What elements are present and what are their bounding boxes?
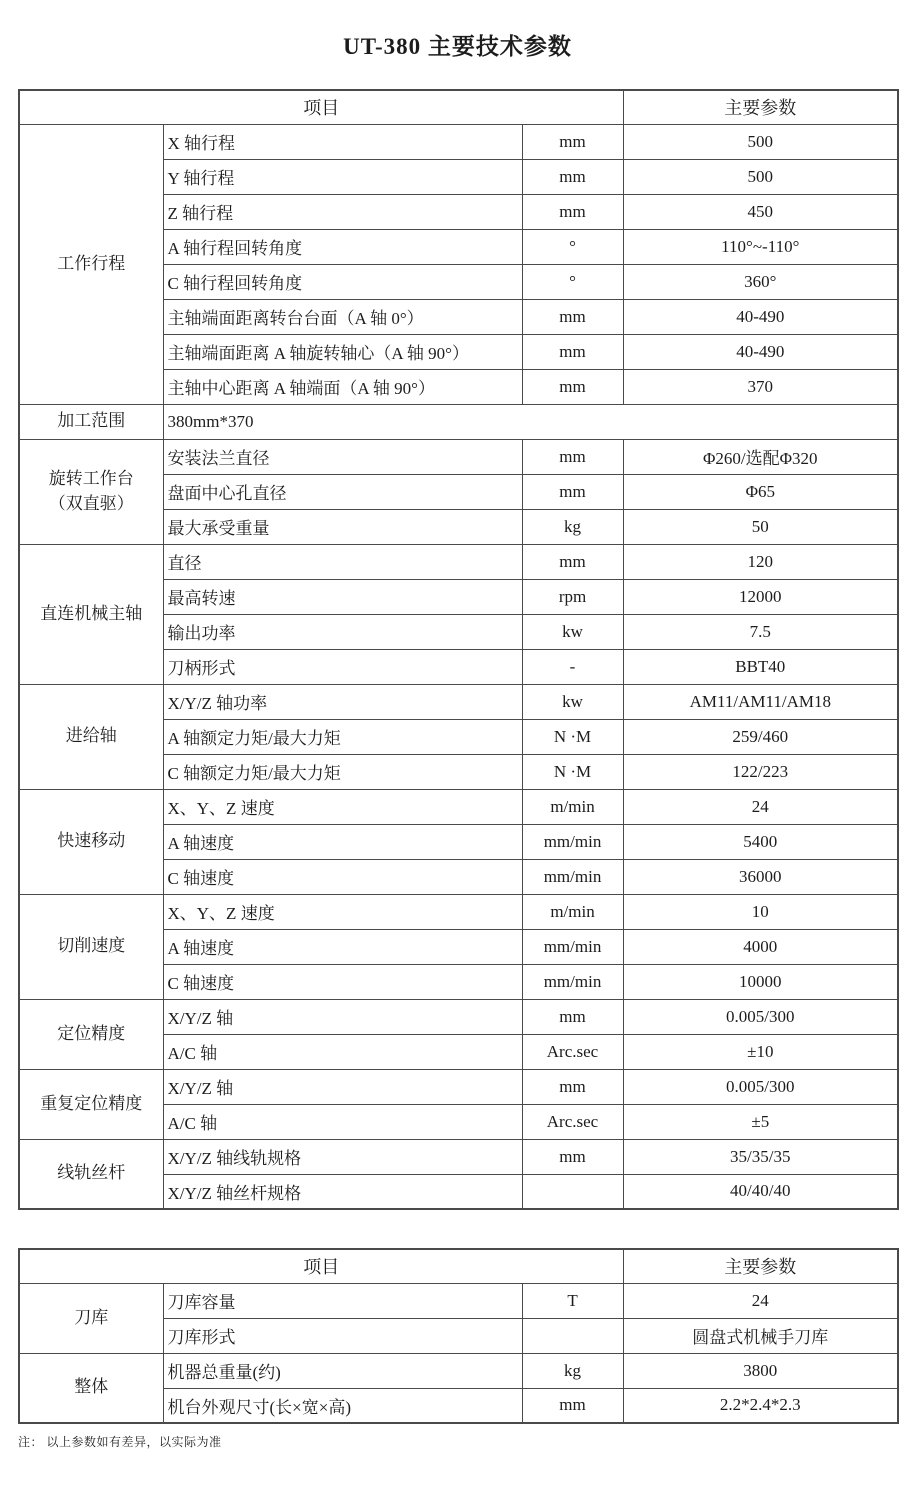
value-cell: 24 bbox=[623, 1283, 898, 1318]
table-row: 加工范围380mm*370 bbox=[19, 404, 898, 439]
table-header-value: 主要参数 bbox=[623, 1249, 898, 1283]
value-cell: 0.005/300 bbox=[623, 1069, 898, 1104]
document-page: UT-380 主要技术参数 项目主要参数工作行程X 轴行程mm500Y 轴行程m… bbox=[0, 0, 915, 1493]
unit-cell: mm/min bbox=[522, 824, 623, 859]
table-header-item: 项目 bbox=[19, 90, 623, 124]
value-cell: 450 bbox=[623, 194, 898, 229]
table-row: 进给轴X/Y/Z 轴功率kwAM11/AM11/AM18 bbox=[19, 684, 898, 719]
item-cell: 输出功率 bbox=[163, 614, 522, 649]
table-header-row: 项目主要参数 bbox=[19, 90, 898, 124]
unit-cell: kg bbox=[522, 1353, 623, 1388]
unit-cell: m/min bbox=[522, 789, 623, 824]
value-cell: 5400 bbox=[623, 824, 898, 859]
item-cell: 机台外观尺寸(长×宽×高) bbox=[163, 1388, 522, 1423]
table-row: 快速移动X、Y、Z 速度m/min24 bbox=[19, 789, 898, 824]
value-cell: 10 bbox=[623, 894, 898, 929]
unit-cell: mm/min bbox=[522, 929, 623, 964]
group-cell: 重复定位精度 bbox=[19, 1069, 163, 1139]
value-cell: 120 bbox=[623, 544, 898, 579]
group-cell: 定位精度 bbox=[19, 999, 163, 1069]
item-cell: A 轴速度 bbox=[163, 929, 522, 964]
unit-cell: m/min bbox=[522, 894, 623, 929]
unit-cell: N ·M bbox=[522, 719, 623, 754]
table-row: 工作行程X 轴行程mm500 bbox=[19, 124, 898, 159]
item-cell: A 轴行程回转角度 bbox=[163, 229, 522, 264]
unit-cell: - bbox=[522, 649, 623, 684]
group-cell: 直连机械主轴 bbox=[19, 544, 163, 684]
value-cell: 122/223 bbox=[623, 754, 898, 789]
unit-cell: mm bbox=[522, 369, 623, 404]
item-cell: 直径 bbox=[163, 544, 522, 579]
value-cell: ±10 bbox=[623, 1034, 898, 1069]
merged-value-cell: 380mm*370 bbox=[163, 404, 898, 439]
table-row: 整体机器总重量(约)kg3800 bbox=[19, 1353, 898, 1388]
value-cell: 7.5 bbox=[623, 614, 898, 649]
item-cell: C 轴行程回转角度 bbox=[163, 264, 522, 299]
group-cell: 线轨丝杆 bbox=[19, 1139, 163, 1209]
item-cell: 安装法兰直径 bbox=[163, 439, 522, 474]
unit-cell: mm bbox=[522, 194, 623, 229]
table-row: 直连机械主轴直径mm120 bbox=[19, 544, 898, 579]
unit-cell: mm/min bbox=[522, 859, 623, 894]
item-cell: A/C 轴 bbox=[163, 1034, 522, 1069]
item-cell: 主轴端面距离转台台面（A 轴 0°） bbox=[163, 299, 522, 334]
value-cell: 36000 bbox=[623, 859, 898, 894]
value-cell: 40/40/40 bbox=[623, 1174, 898, 1209]
table-header-row: 项目主要参数 bbox=[19, 1249, 898, 1283]
item-cell: 盘面中心孔直径 bbox=[163, 474, 522, 509]
table-gap bbox=[18, 1210, 897, 1248]
unit-cell: ° bbox=[522, 229, 623, 264]
item-cell: C 轴额定力矩/最大力矩 bbox=[163, 754, 522, 789]
item-cell: 刀柄形式 bbox=[163, 649, 522, 684]
item-cell: X、Y、Z 速度 bbox=[163, 789, 522, 824]
item-cell: A 轴速度 bbox=[163, 824, 522, 859]
table-row: 旋转工作台 （双直驱）安装法兰直径mmΦ260/选配Φ320 bbox=[19, 439, 898, 474]
value-cell: 40-490 bbox=[623, 299, 898, 334]
item-cell: X/Y/Z 轴功率 bbox=[163, 684, 522, 719]
group-cell: 刀库 bbox=[19, 1283, 163, 1353]
value-cell: Φ65 bbox=[623, 474, 898, 509]
table-header-value: 主要参数 bbox=[623, 90, 898, 124]
value-cell: 370 bbox=[623, 369, 898, 404]
value-cell: 40-490 bbox=[623, 334, 898, 369]
unit-cell: mm bbox=[522, 1069, 623, 1104]
group-cell: 加工范围 bbox=[19, 404, 163, 439]
unit-cell: ° bbox=[522, 264, 623, 299]
table-row: 刀库刀库容量T24 bbox=[19, 1283, 898, 1318]
value-cell: 110°~-110° bbox=[623, 229, 898, 264]
unit-cell: Arc.sec bbox=[522, 1034, 623, 1069]
table-header-item: 项目 bbox=[19, 1249, 623, 1283]
unit-cell: mm bbox=[522, 159, 623, 194]
unit-cell: mm bbox=[522, 1388, 623, 1423]
value-cell: 24 bbox=[623, 789, 898, 824]
value-cell: ±5 bbox=[623, 1104, 898, 1139]
item-cell: C 轴速度 bbox=[163, 859, 522, 894]
group-cell: 工作行程 bbox=[19, 124, 163, 404]
unit-cell: N ·M bbox=[522, 754, 623, 789]
value-cell: 圆盘式机械手刀库 bbox=[623, 1318, 898, 1353]
item-cell: X/Y/Z 轴丝杆规格 bbox=[163, 1174, 522, 1209]
item-cell: A/C 轴 bbox=[163, 1104, 522, 1139]
item-cell: 主轴端面距离 A 轴旋转轴心（A 轴 90°） bbox=[163, 334, 522, 369]
item-cell: A 轴额定力矩/最大力矩 bbox=[163, 719, 522, 754]
item-cell: C 轴速度 bbox=[163, 964, 522, 999]
item-cell: Z 轴行程 bbox=[163, 194, 522, 229]
group-cell: 进给轴 bbox=[19, 684, 163, 789]
unit-cell: mm bbox=[522, 439, 623, 474]
item-cell: 刀库形式 bbox=[163, 1318, 522, 1353]
value-cell: 50 bbox=[623, 509, 898, 544]
value-cell: 10000 bbox=[623, 964, 898, 999]
unit-cell: mm bbox=[522, 999, 623, 1034]
item-cell: X/Y/Z 轴 bbox=[163, 1069, 522, 1104]
unit-cell: kw bbox=[522, 614, 623, 649]
item-cell: X 轴行程 bbox=[163, 124, 522, 159]
item-cell: X/Y/Z 轴 bbox=[163, 999, 522, 1034]
value-cell: 500 bbox=[623, 159, 898, 194]
value-cell: BBT40 bbox=[623, 649, 898, 684]
item-cell: 最高转速 bbox=[163, 579, 522, 614]
table-row: 重复定位精度X/Y/Z 轴mm0.005/300 bbox=[19, 1069, 898, 1104]
unit-cell: mm bbox=[522, 334, 623, 369]
unit-cell: kg bbox=[522, 509, 623, 544]
unit-cell: T bbox=[522, 1283, 623, 1318]
group-cell: 切削速度 bbox=[19, 894, 163, 999]
group-cell: 整体 bbox=[19, 1353, 163, 1423]
unit-cell: mm bbox=[522, 299, 623, 334]
item-cell: Y 轴行程 bbox=[163, 159, 522, 194]
unit-cell: rpm bbox=[522, 579, 623, 614]
item-cell: 刀库容量 bbox=[163, 1283, 522, 1318]
item-cell: 机器总重量(约) bbox=[163, 1353, 522, 1388]
page-title: UT-380 主要技术参数 bbox=[18, 28, 897, 61]
spec-table-secondary: 项目主要参数刀库刀库容量T24刀库形式圆盘式机械手刀库整体机器总重量(约)kg3… bbox=[18, 1248, 899, 1424]
value-cell: 35/35/35 bbox=[623, 1139, 898, 1174]
item-cell: X、Y、Z 速度 bbox=[163, 894, 522, 929]
table-row: 定位精度X/Y/Z 轴mm0.005/300 bbox=[19, 999, 898, 1034]
value-cell: 500 bbox=[623, 124, 898, 159]
group-cell: 旋转工作台 （双直驱） bbox=[19, 439, 163, 544]
group-cell: 快速移动 bbox=[19, 789, 163, 894]
unit-cell: kw bbox=[522, 684, 623, 719]
value-cell: 360° bbox=[623, 264, 898, 299]
footnote: 注： 以上参数如有差异，以实际为准 bbox=[18, 1433, 897, 1450]
item-cell: 最大承受重量 bbox=[163, 509, 522, 544]
unit-cell: mm bbox=[522, 124, 623, 159]
value-cell: 12000 bbox=[623, 579, 898, 614]
value-cell: 0.005/300 bbox=[623, 999, 898, 1034]
unit-cell bbox=[522, 1174, 623, 1209]
table-row: 线轨丝杆X/Y/Z 轴线轨规格mm35/35/35 bbox=[19, 1139, 898, 1174]
value-cell: 3800 bbox=[623, 1353, 898, 1388]
table-row: 切削速度X、Y、Z 速度m/min10 bbox=[19, 894, 898, 929]
value-cell: 2.2*2.4*2.3 bbox=[623, 1388, 898, 1423]
unit-cell: mm bbox=[522, 1139, 623, 1174]
unit-cell: mm bbox=[522, 474, 623, 509]
unit-cell: mm/min bbox=[522, 964, 623, 999]
item-cell: 主轴中心距离 A 轴端面（A 轴 90°） bbox=[163, 369, 522, 404]
unit-cell bbox=[522, 1318, 623, 1353]
value-cell: AM11/AM11/AM18 bbox=[623, 684, 898, 719]
item-cell: X/Y/Z 轴线轨规格 bbox=[163, 1139, 522, 1174]
unit-cell: Arc.sec bbox=[522, 1104, 623, 1139]
value-cell: Φ260/选配Φ320 bbox=[623, 439, 898, 474]
value-cell: 4000 bbox=[623, 929, 898, 964]
unit-cell: mm bbox=[522, 544, 623, 579]
spec-table-main: 项目主要参数工作行程X 轴行程mm500Y 轴行程mm500Z 轴行程mm450… bbox=[18, 89, 899, 1210]
value-cell: 259/460 bbox=[623, 719, 898, 754]
